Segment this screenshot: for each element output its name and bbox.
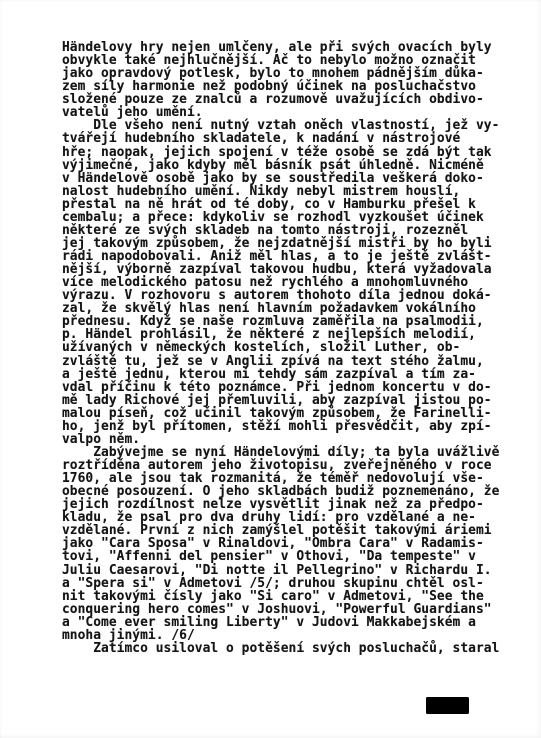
page-body-text: Händelovy hry nejen umlčeny, ale při svý…	[62, 41, 499, 655]
redaction-mark-artifact	[426, 697, 469, 714]
scanned-typewritten-page: Händelovy hry nejen umlčeny, ale při svý…	[0, 0, 541, 738]
